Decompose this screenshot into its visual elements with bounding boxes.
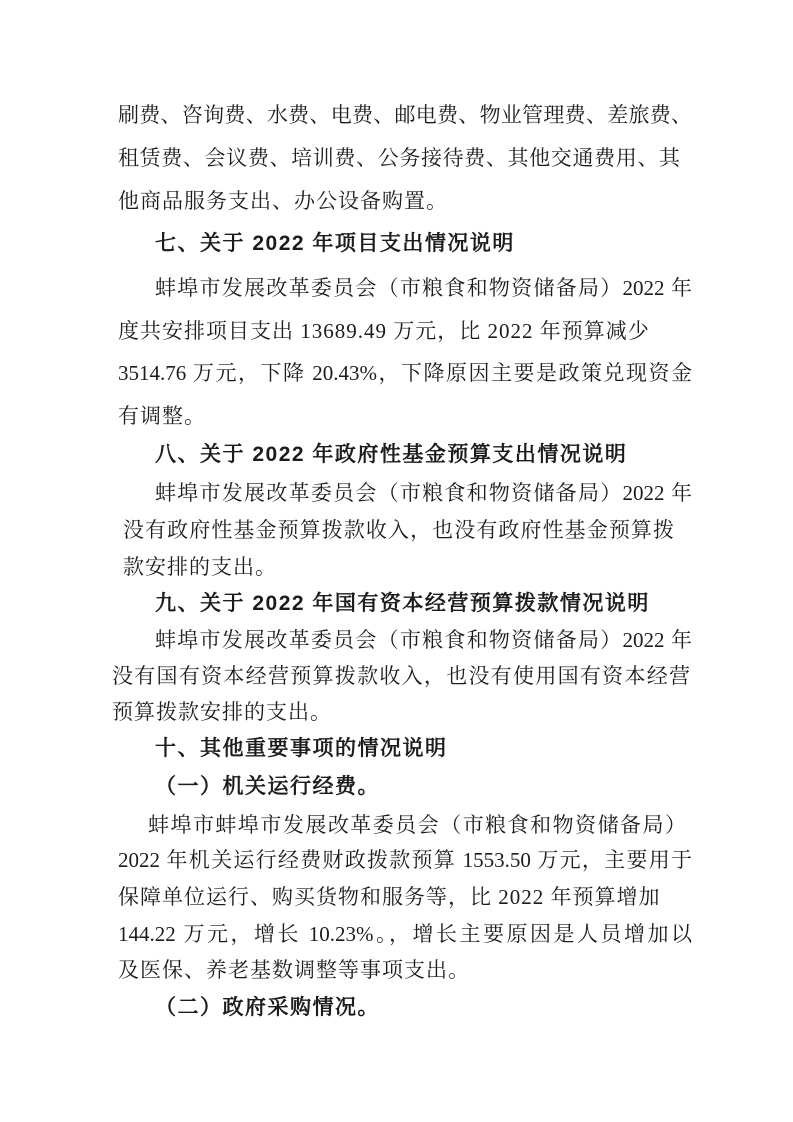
body-line: 蚌埠市发展改革委员会（市粮食和物资储备局）2022 年 bbox=[155, 481, 692, 507]
body-line: 预算拨款安排的支出。 bbox=[112, 700, 332, 724]
body-line: 没有国有资本经营预算拨款收入，也没有使用国有资本经营 bbox=[112, 664, 690, 690]
body-line: 没有政府性基金预算拨款收入，也没有政府性基金预算拨 bbox=[123, 518, 674, 544]
body-line: 144.22 万元，增长 10.23%。，增长主要原因是人员增加以 bbox=[118, 922, 692, 948]
document-page: 刷费、咨询费、水费、电费、邮电费、物业管理费、差旅费、 租赁费、会议费、培训费、… bbox=[0, 0, 793, 1122]
heading-section-7: 七、关于 2022 年项目支出情况说明 bbox=[155, 232, 515, 256]
body-line: 2022 年机关运行经费财政拨款预算 1553.50 万元，主要用于 bbox=[118, 848, 692, 874]
heading-section-8: 八、关于 2022 年政府性基金预算支出情况说明 bbox=[155, 443, 627, 467]
heading-section-10: 十、其他重要事项的情况说明 bbox=[155, 737, 448, 761]
body-line: 蚌埠市蚌埠市发展改革委员会（市粮食和物资储备局） bbox=[148, 813, 686, 839]
body-line: 度共安排项目支出 13689.49 万元，比 2022 年预算减少 bbox=[118, 319, 650, 343]
body-line: 租赁费、会议费、培训费、公务接待费、其他交通费用、其 bbox=[118, 146, 680, 172]
heading-subsection-1: （一）机关运行经费。 bbox=[155, 775, 380, 799]
heading-subsection-2: （二）政府采购情况。 bbox=[155, 996, 380, 1020]
body-line: 有调整。 bbox=[118, 404, 206, 428]
body-line: 蚌埠市发展改革委员会（市粮食和物资储备局）2022 年 bbox=[155, 276, 692, 302]
body-line: 及医保、养老基数调整等事项支出。 bbox=[118, 958, 470, 982]
body-line: 3514.76 万元，下降 20.43%，下降原因主要是政策兑现资金 bbox=[118, 361, 692, 387]
body-line: 款安排的支出。 bbox=[123, 555, 277, 579]
body-line: 保障单位运行、购买货物和服务等，比 2022 年预算增加 bbox=[118, 885, 661, 909]
heading-section-9: 九、关于 2022 年国有资本经营预算拨款情况说明 bbox=[155, 592, 650, 616]
body-line: 蚌埠市发展改革委员会（市粮食和物资储备局）2022 年 bbox=[155, 628, 692, 654]
body-line: 刷费、咨询费、水费、电费、邮电费、物业管理费、差旅费、 bbox=[118, 103, 692, 129]
body-line: 他商品服务支出、办公设备购置。 bbox=[118, 189, 448, 213]
